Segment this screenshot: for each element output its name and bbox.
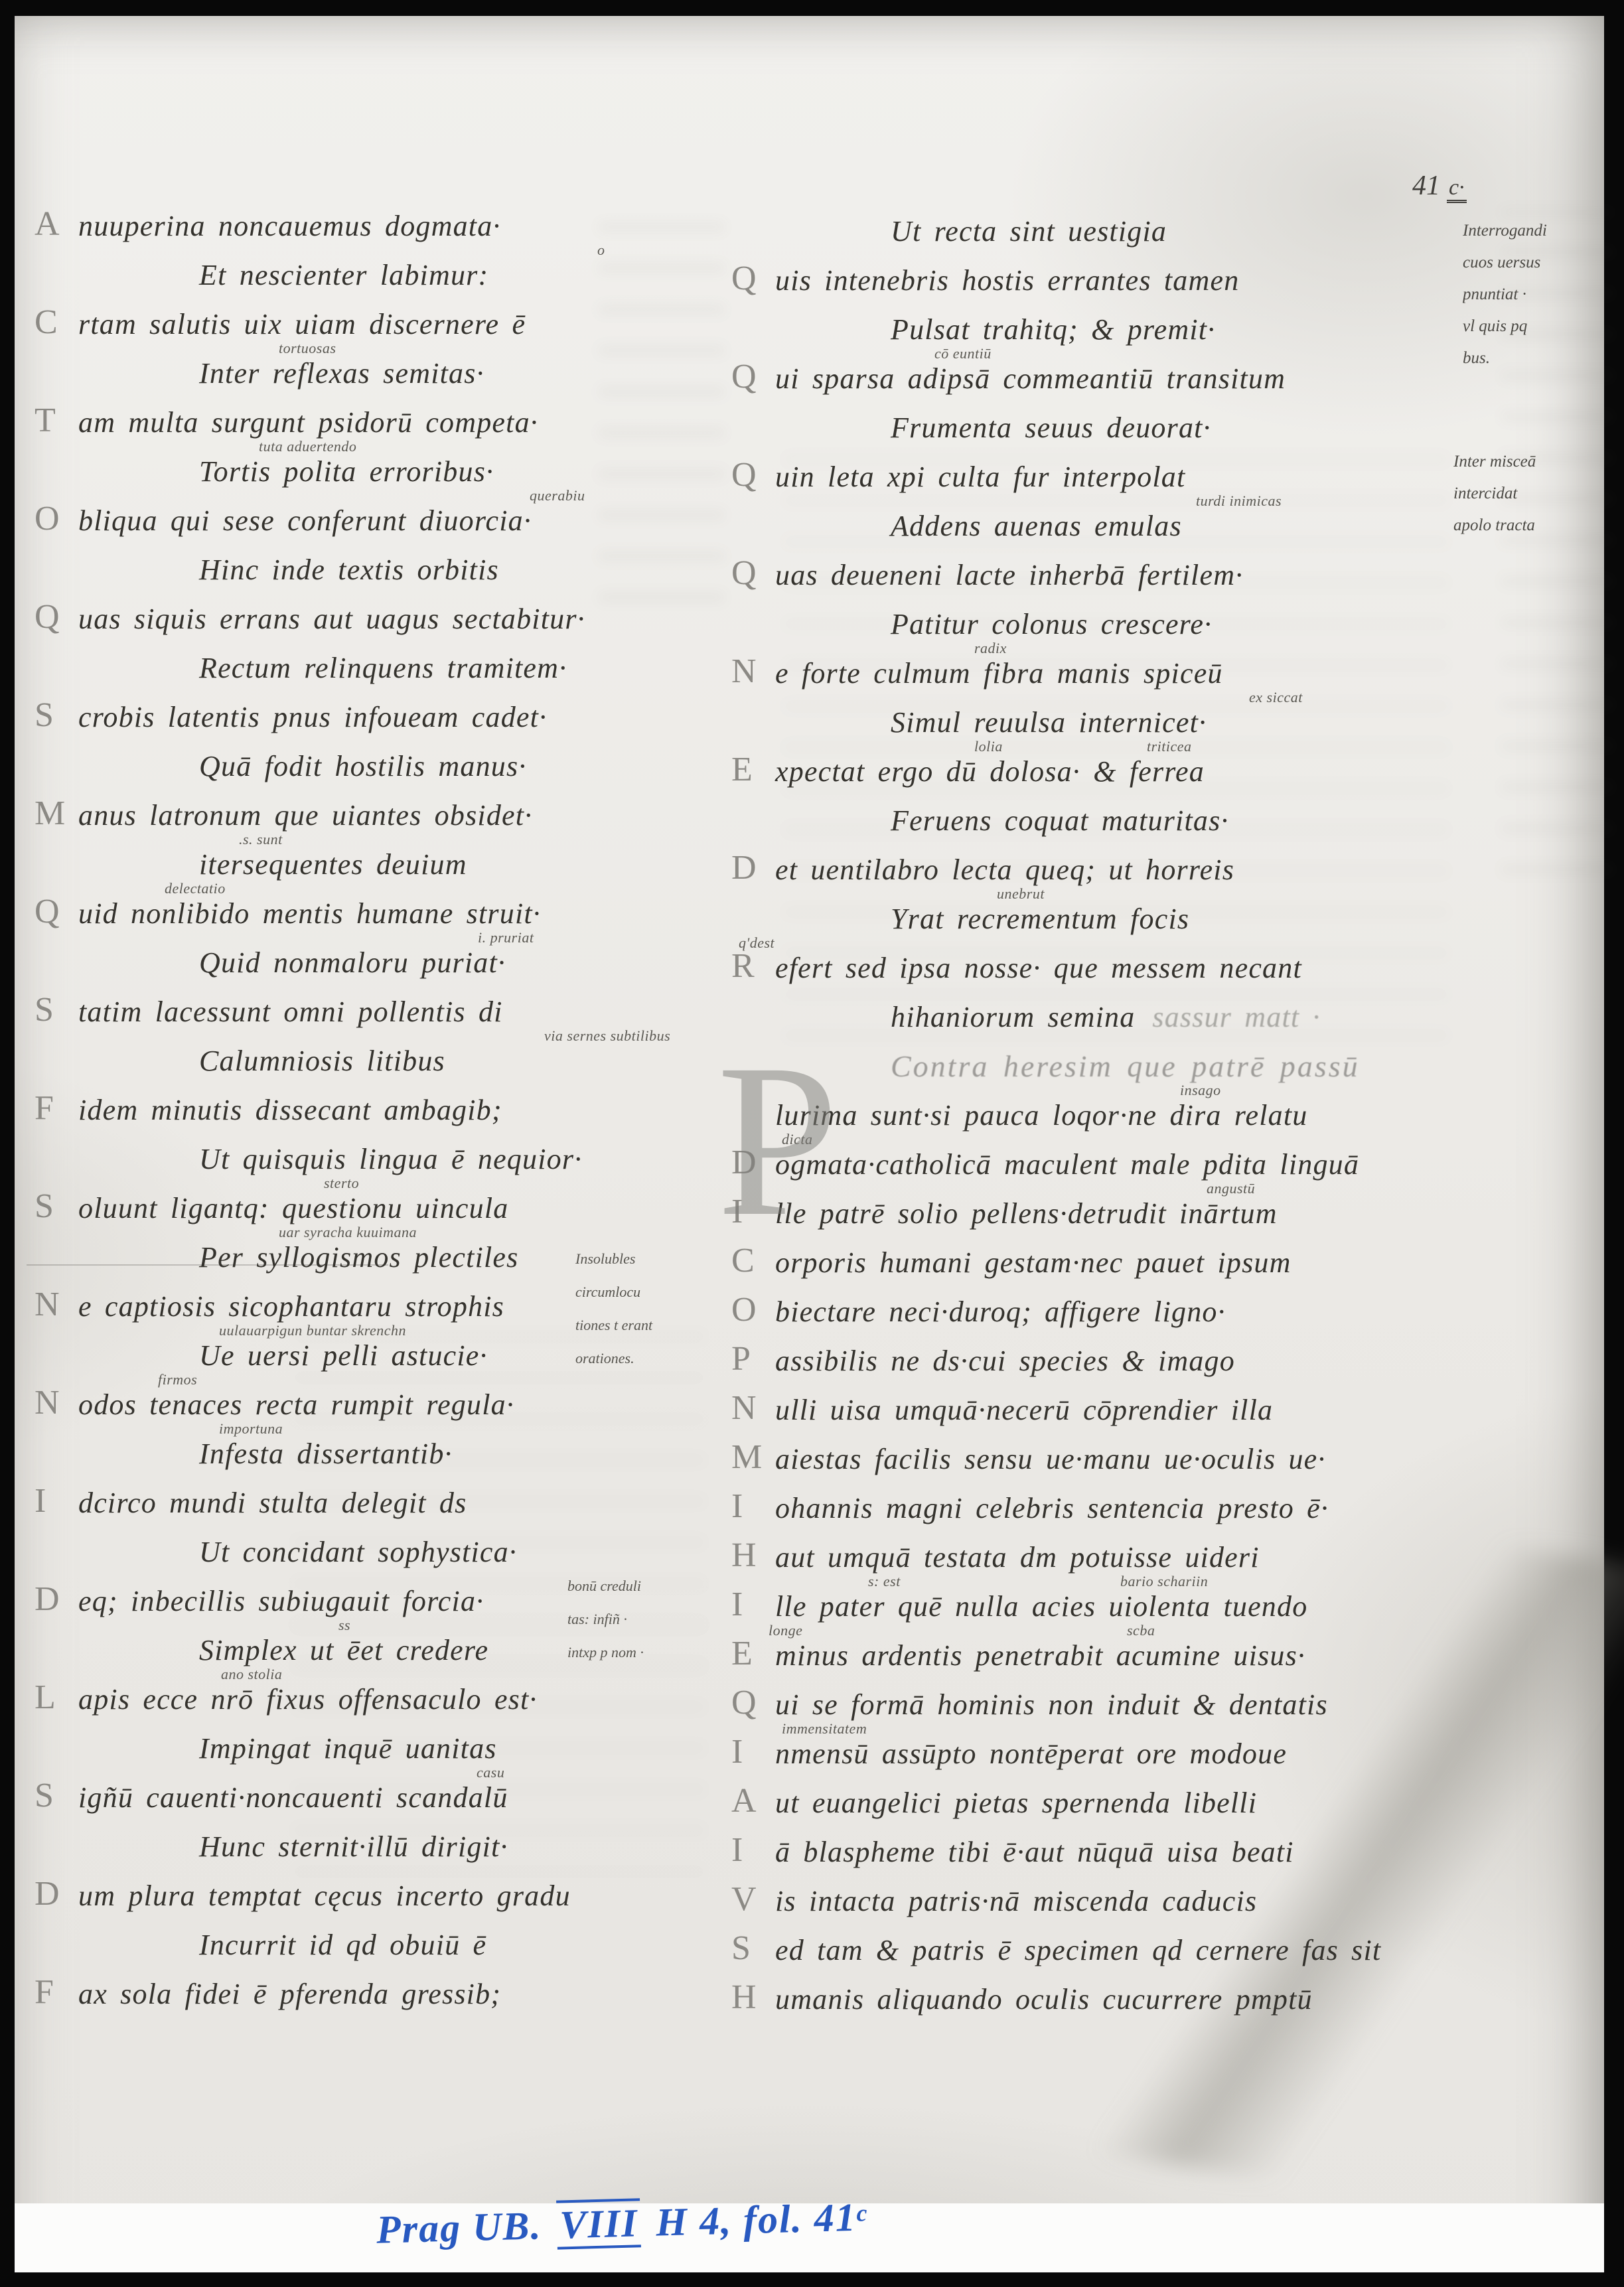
initial-letter: S [35, 696, 54, 735]
initial-letter: I [731, 1732, 743, 1772]
interlinear-gloss: tuta aduertendo [259, 438, 356, 455]
shelfmark-suffix: H 4, fol. 41 [656, 2195, 857, 2245]
verse-line: Expectat ergo dū dolosa· & ferrealoliatr… [731, 749, 1528, 798]
initial-letter: N [35, 1383, 60, 1423]
initial-letter: V [731, 1880, 757, 1919]
verse-line: Lapis ecce nrō fixus offensaculo est·ano… [35, 1676, 831, 1726]
initial-letter: C [35, 303, 58, 342]
verse-text: itersequentes deuium [199, 847, 467, 883]
gutter-note-line: intxp p nom · [567, 1636, 720, 1669]
initial-letter: N [35, 1285, 60, 1325]
verse-line: Calumniosis litibusvia sernes subtilibus [35, 1038, 831, 1087]
verse-line: Tam multa surgunt psidorū competa· [35, 400, 831, 449]
verse-text: ax sola fidei ē pferenda gressib; [78, 1976, 501, 2012]
initial-letter: I [731, 1487, 743, 1526]
initial-letter: F [35, 1088, 54, 1128]
initial-letter: S [35, 990, 54, 1030]
verse-text: ed tam & patris ē specimen qd cernere fa… [775, 1933, 1381, 1968]
verse-text: Ut recta sint uestigia [891, 214, 1167, 250]
interlinear-gloss: dicta [782, 1131, 813, 1148]
verse-line: Et nescienter labimur:o [35, 252, 831, 301]
verse-line: Eminus ardentis penetrabit acumine uisus… [731, 1633, 1528, 1682]
verse-line: Rectum relinquens tramitem· [35, 645, 831, 694]
verse-line: Dum plura temptat cęcus incerto gradu [35, 1873, 831, 1922]
initial-letter: Q [35, 597, 60, 637]
shelfmark-prefix: Prag UB. [376, 2203, 542, 2252]
verse-line: Ille patrē solio pellens·detrudit inārtu… [731, 1191, 1528, 1240]
interlinear-gloss: ex siccat [1249, 689, 1303, 706]
verse-text: aiestas facilis sensu ue·manu ue·oculis … [775, 1441, 1326, 1477]
verse-text: efert sed ipsa nosse· que messem necant [775, 950, 1302, 986]
verse-text: am multa surgunt psidorū competa· [78, 405, 538, 441]
verse-line: Addens auenas emulasturdi inimicas [731, 503, 1528, 552]
interlinear-gloss: immensitatem [782, 1720, 867, 1737]
verse-line: Dogmata·catholicā maculent male pdita li… [731, 1142, 1528, 1191]
verse-text: dcirco mundi stulta delegit ds [78, 1485, 467, 1521]
verse-text: Yrat recrementum focis [891, 901, 1189, 937]
verse-line: Feruens coquat maturitas· [731, 798, 1528, 847]
gutter-note-insolubiles: Insolubles circumlocu tiones t erant ora… [575, 1242, 721, 1375]
rubric-line: Contra heresim que patrē passū [731, 1043, 1528, 1092]
interlinear-gloss: insago [1180, 1082, 1221, 1099]
verse-text: uas siquis errans aut uagus sectabitur· [78, 601, 585, 637]
margin-note-line: cuos uersus [1463, 247, 1604, 279]
verse-text: Rectum relinquens tramitem· [199, 650, 567, 686]
initial-letter: D [35, 1874, 60, 1914]
verse-line: Iā blaspheme tibi ē·aut nūquā uisa beati [731, 1829, 1528, 1878]
verse-line: Soluunt ligantq: questionu uinculasterto [35, 1185, 831, 1234]
verse-line: Idcirco mundi stulta delegit ds [35, 1480, 831, 1529]
verse-text: igñū cauenti·noncauenti scandalū [78, 1780, 508, 1816]
verse-text: anus latronum que uiantes obsidet· [78, 798, 532, 834]
verse-line: Pulsat trahitq; & premit· [731, 307, 1528, 356]
verse-line: Aut euangelici pietas spernenda libelli [731, 1780, 1528, 1829]
verse-line: Quid nonmaloru puriat·i. pruriat [35, 940, 831, 989]
verse-line: Manus latronum que uiantes obsidet· [35, 792, 831, 842]
verse-line: Quid nonlibido mentis humane struit·dele… [35, 891, 831, 940]
verse-line: lurima sunt·si pauca loqor·ne dira relat… [731, 1092, 1528, 1142]
shelfmark-superscript: c [856, 2199, 869, 2226]
verse-text: ohannis magni celebris sentencia presto … [775, 1491, 1329, 1526]
verse-line: Anuuperina noncauemus dogmata· [35, 203, 831, 252]
interlinear-gloss: q'dest [739, 934, 775, 952]
verse-text: lurima sunt·si pauca loqor·ne dira relat… [775, 1098, 1307, 1134]
initial-letter: Q [731, 455, 757, 495]
gutter-note-line: Insolubles [575, 1242, 721, 1276]
interlinear-gloss: bario schariin [1120, 1573, 1208, 1590]
verse-text: orporis humani gestam·nec pauet ipsum [775, 1245, 1292, 1281]
initial-letter: I [731, 1585, 743, 1625]
initial-letter: M [731, 1438, 762, 1477]
verse-text: oluunt ligantq: questionu uincula [78, 1191, 508, 1226]
initial-letter: I [731, 1830, 743, 1870]
initial-letter: D [731, 848, 757, 888]
initial-letter: E [731, 750, 753, 790]
verse-text: bliqua qui sese conferunt diuorcia· [78, 503, 532, 539]
interlinear-gloss: radix [974, 640, 1007, 657]
verse-line: Quas deueneni lacte inherbā fertilem· [731, 552, 1528, 601]
verse-line: Quas siquis errans aut uagus sectabitur· [35, 596, 831, 645]
initial-letter: L [35, 1678, 56, 1718]
gutter-note-bonum: bonū creduli tas: infiñ · intxp p nom · [567, 1570, 720, 1669]
margin-note-line: apolo tracta [1453, 510, 1604, 542]
verse-text: Quā fodit hostilis manus· [199, 749, 527, 784]
initial-letter: T [35, 401, 56, 441]
verse-text: uas deueneni lacte inherbā fertilem· [775, 557, 1243, 593]
initial-letter: A [731, 1781, 757, 1821]
initial-letter: N [731, 652, 757, 692]
verse-text: Inter reflexas semitas· [199, 356, 484, 392]
shelfmark-roman-numeral: VIII [556, 2198, 641, 2249]
verse-line: Quā fodit hostilis manus· [35, 743, 831, 792]
verse-text: Infesta dissertantib· [199, 1436, 453, 1472]
verse-text: Feruens coquat maturitas· [891, 803, 1229, 839]
gutter-note-line: tiones t erant [575, 1309, 721, 1342]
folio-number: 41c· [1412, 170, 1467, 202]
verse-text: uid nonlibido mentis humane struit· [78, 896, 541, 932]
verse-text: hihaniorum seminasassur matt · [891, 999, 1321, 1035]
rubric-text: Contra heresim que patrē passū [891, 1049, 1360, 1084]
verse-text: Patitur colonus crescere· [891, 607, 1212, 642]
verse-line: Sigñū cauenti·noncauenti scandalūcasu [35, 1775, 831, 1824]
initial-letter: I [35, 1481, 46, 1521]
verse-text: ulli uisa umquā·necerū cōprendier illa [775, 1392, 1273, 1428]
initial-letter: I [731, 1192, 743, 1232]
verse-text: ui sparsa adipsā commeantiū transitum [775, 361, 1286, 397]
verse-text: is intacta patris·nā miscenda caducis [775, 1883, 1257, 1919]
interlinear-gloss: firmos [158, 1371, 197, 1388]
verse-text: Per syllogismos plectiles [199, 1240, 519, 1276]
verse-text: Pulsat trahitq; & premit· [891, 312, 1215, 348]
initial-letter: Q [731, 357, 757, 397]
manuscript-page: 41c· Anuuperina noncauemus dogmata·Et ne… [15, 16, 1604, 2272]
interlinear-gloss: casu [477, 1764, 504, 1781]
verse-line: Nodos tenaces recta rumpit regula·firmos [35, 1382, 831, 1431]
verse-text: xpectat ergo dū dolosa· & ferrea [775, 754, 1205, 790]
interlinear-gloss: sterto [324, 1175, 359, 1192]
initial-letter: M [35, 794, 65, 834]
verse-line: itersequentes deuium.s. sunt [35, 842, 831, 891]
gutter-note-line: tas: infiñ · [567, 1603, 720, 1636]
verse-line: Obliqua qui sese conferunt diuorcia·quer… [35, 498, 831, 547]
verse-text: Incurrit id qd obuiū ē [199, 1927, 486, 1963]
interlinear-gloss: longe [769, 1622, 802, 1639]
interlinear-gloss: s: est [868, 1573, 901, 1590]
verse-line: Ne forte culmum fibra manis spiceūradix [731, 650, 1528, 700]
interlinear-gloss: lolia [974, 738, 1003, 755]
interlinear-gloss: querabiu [530, 487, 585, 504]
verse-text: apis ecce nrō fixus offensaculo est· [78, 1682, 538, 1718]
verse-text: Impingat inquē uanitas [199, 1731, 497, 1767]
verse-text: Ut quisquis lingua ē nequior· [199, 1142, 582, 1177]
verse-text: Quid nonmaloru puriat· [199, 945, 506, 981]
verse-line: Patitur colonus crescere· [731, 601, 1528, 650]
gutter-note-line: orationes. [575, 1342, 721, 1375]
verse-line: Fax sola fidei ē pferenda gressib; [35, 1971, 831, 2020]
verse-line: Corporis humani gestam·nec pauet ipsum [731, 1240, 1528, 1289]
verse-line: Humanis aliquando oculis cucurrere pmptū [731, 1976, 1528, 2026]
verse-text: e captiosis sicophantaru strophis [78, 1289, 504, 1325]
verse-line: Crtam salutis uix uiam discernere ē [35, 301, 831, 350]
verse-line: Impingat inquē uanitas [35, 1726, 831, 1775]
verse-text: uin leta xpi culta fur interpolat [775, 459, 1185, 495]
verse-text: biectare neci·duroq; affigere ligno· [775, 1294, 1226, 1330]
verse-text: ut euangelici pietas spernenda libelli [775, 1785, 1257, 1821]
verse-line: Fidem minutis dissecant ambagib; [35, 1087, 831, 1136]
verse-text: Ue uersi pelli astucie· [199, 1338, 488, 1374]
initial-letter: N [731, 1388, 757, 1428]
gutter-note-line: bonū creduli [567, 1570, 720, 1603]
interlinear-gloss: angustū [1207, 1180, 1255, 1197]
verse-text: et uentilabro lecta queq; ut horreis [775, 852, 1234, 888]
initial-letter: S [731, 1929, 751, 1968]
interlinear-gloss: turdi inimicas [1196, 492, 1282, 510]
initial-letter: E [731, 1634, 753, 1674]
verse-line: Simul reuulsa internicet·ex siccat [731, 700, 1528, 749]
verse-text: idem minutis dissecant ambagib; [78, 1092, 502, 1128]
interlinear-gloss: delectatio [165, 880, 226, 897]
verse-line: Iohannis magni celebris sentencia presto… [731, 1485, 1528, 1534]
folio-letter: c· [1447, 175, 1467, 203]
verse-line: Ut quisquis lingua ē nequior· [35, 1136, 831, 1185]
verse-line: Hunc sternit·illū dirigit· [35, 1824, 831, 1873]
erased-text-fragment: sassur matt · [1152, 1001, 1320, 1033]
margin-note-line: Inter misceā [1453, 446, 1604, 478]
verse-text: nmensū assūpto nontēperat ore modoue [775, 1736, 1287, 1772]
interlinear-gloss: ss [338, 1617, 350, 1634]
verse-text: Tortis polita erroribus· [199, 454, 494, 490]
manuscript-scan: { "page": { "folio_number": "41", "folio… [0, 0, 1624, 2287]
interlinear-gloss: tortuosas [279, 340, 336, 357]
interlinear-gloss: triticea [1147, 738, 1192, 755]
verse-line: Det uentilabro lecta queq; ut horreis [731, 847, 1528, 896]
initial-letter: Q [35, 892, 60, 932]
verse-text: lle pater quē nulla acies uiolenta tuend… [775, 1589, 1307, 1625]
verse-line: Statim lacessunt omni pollentis di [35, 989, 831, 1038]
interlinear-gloss: importuna [219, 1420, 283, 1438]
initial-letter: O [731, 1290, 757, 1330]
initial-letter: P [731, 1339, 751, 1379]
verse-text: um plura temptat cęcus incerto gradu [78, 1878, 571, 1914]
verse-text: Simul reuulsa internicet· [891, 705, 1207, 741]
interlinear-gloss: uar syracha kuuimana [279, 1224, 417, 1241]
verse-line: Maiestas facilis sensu ue·manu ue·oculis… [731, 1436, 1528, 1485]
initial-letter: C [731, 1241, 755, 1281]
initial-letter: A [35, 204, 60, 244]
verse-text: uis intenebris hostis errantes tamen [775, 263, 1239, 299]
initial-letter: F [35, 1972, 54, 2012]
margin-note-line: Interrogandi [1463, 215, 1604, 247]
initial-letter: R [731, 946, 755, 986]
verse-line: Inter reflexas semitas·tortuosas [35, 350, 831, 400]
initial-letter: D [35, 1580, 60, 1619]
verse-line: Yrat recrementum focisunebrut [731, 896, 1528, 945]
interlinear-gloss: cō euntiū [934, 345, 992, 362]
verse-text: Frumenta seuus deuorat· [891, 410, 1211, 446]
verse-text: Calumniosis litibus [199, 1043, 445, 1079]
interlinear-gloss: i. pruriat [478, 929, 534, 946]
margin-note-line: intercidat [1453, 478, 1604, 510]
initial-letter: D [731, 1143, 757, 1183]
interlinear-gloss: unebrut [997, 885, 1045, 903]
initial-letter: Q [731, 553, 757, 593]
verse-text: nuuperina noncauemus dogmata· [78, 208, 501, 244]
verse-line: Scrobis latentis pnus infoueam cadet· [35, 694, 831, 743]
verse-line: Hinc inde textis orbitis [35, 547, 831, 596]
verse-line: Incurrit id qd obuiū ē [35, 1922, 831, 1971]
verse-text: ā blaspheme tibi ē·aut nūquā uisa beati [775, 1834, 1294, 1870]
verse-line: Tortis polita erroribus·tuta aduertendo [35, 449, 831, 498]
initial-letter: H [731, 1978, 757, 2018]
initial-letter: S [35, 1776, 54, 1816]
verse-text: Ut concidant sophystica· [199, 1534, 517, 1570]
margin-note-line: bus. [1463, 342, 1604, 374]
verse-text: rtam salutis uix uiam discernere ē [78, 307, 526, 342]
interlinear-gloss: via sernes subtilibus [544, 1027, 670, 1045]
verse-line: Inmensū assūpto nontēperat ore modoueimm… [731, 1731, 1528, 1780]
verse-line: Vis intacta patris·nā miscenda caducis [731, 1878, 1528, 1927]
verse-text: Hinc inde textis orbitis [199, 552, 499, 588]
verse-text: Hunc sternit·illū dirigit· [199, 1829, 508, 1865]
verse-text: aut umquā testata dm potuisse uideri [775, 1540, 1260, 1576]
margin-note-line: vl quis pq [1463, 311, 1604, 342]
initial-letter: H [731, 1536, 757, 1576]
verse-line: Passibilis ne ds·cui species & imago [731, 1338, 1528, 1387]
margin-note-intermisce: Inter misceā intercidat apolo tracta [1453, 446, 1604, 542]
verse-line: Qui sparsa adipsā commeantiū transitumcō… [731, 356, 1528, 405]
gutter-note-line: circumlocu [575, 1276, 721, 1309]
initial-letter: Q [731, 1683, 757, 1723]
interlinear-gloss: uulauarpigun buntar skrenchn [219, 1322, 406, 1339]
verse-line: Frumenta seuus deuorat· [731, 405, 1528, 454]
verse-text: lle patrē solio pellens·detrudit inārtum [775, 1196, 1278, 1232]
verse-text: odos tenaces recta rumpit regula· [78, 1387, 514, 1423]
verse-text: minus ardentis penetrabit acumine uisus· [775, 1638, 1305, 1674]
verse-line: hihaniorum seminasassur matt · [731, 994, 1528, 1043]
verse-text: assibilis ne ds·cui species & imago [775, 1343, 1235, 1379]
verse-line: Infesta dissertantib·importuna [35, 1431, 831, 1480]
verse-text: crobis latentis pnus infoueam cadet· [78, 700, 547, 735]
initial-letter: O [35, 499, 60, 539]
verse-text: Simplex ut ēet credere [199, 1633, 488, 1668]
verse-line: Obiectare neci·duroq; affigere ligno· [731, 1289, 1528, 1338]
initial-letter: S [35, 1187, 54, 1226]
verse-text: e forte culmum fibra manis spiceū [775, 656, 1223, 692]
verse-line: Quin leta xpi culta fur interpolat [731, 454, 1528, 503]
interlinear-gloss: o [597, 242, 605, 259]
initial-letter: Q [731, 259, 757, 299]
interlinear-gloss: scba [1127, 1622, 1155, 1639]
folio-number-digits: 41 [1412, 171, 1440, 201]
verse-line: Sed tam & patris ē specimen qd cernere f… [731, 1927, 1528, 1976]
verse-text: Et nescienter labimur: [199, 258, 488, 293]
verse-text: ui se formā hominis non induit & dentati… [775, 1687, 1328, 1723]
verse-line: Nulli uisa umquā·necerū cōprendier illa [731, 1387, 1528, 1436]
interlinear-gloss: .s. sunt [239, 831, 283, 848]
verse-text: tatim lacessunt omni pollentis di [78, 994, 503, 1030]
verse-line: Refert sed ipsa nosse· que messem necant… [731, 945, 1528, 994]
verse-text: Addens auenas emulas [891, 508, 1182, 544]
margin-note-line: pnuntiat · [1463, 279, 1604, 311]
margin-note-interrogandi: Interrogandi cuos uersus pnuntiat · vl q… [1463, 215, 1604, 374]
verse-line: Quis intenebris hostis errantes tamen [731, 258, 1528, 307]
verse-text: umanis aliquando oculis cucurrere pmptū [775, 1982, 1313, 2018]
verse-line: Ut recta sint uestigia [731, 208, 1528, 258]
verse-text: ogmata·catholicā maculent male pdita lin… [775, 1147, 1359, 1183]
interlinear-gloss: ano stolia [221, 1666, 282, 1683]
verse-text: eq; inbecillis subiugauit forcia· [78, 1584, 484, 1619]
